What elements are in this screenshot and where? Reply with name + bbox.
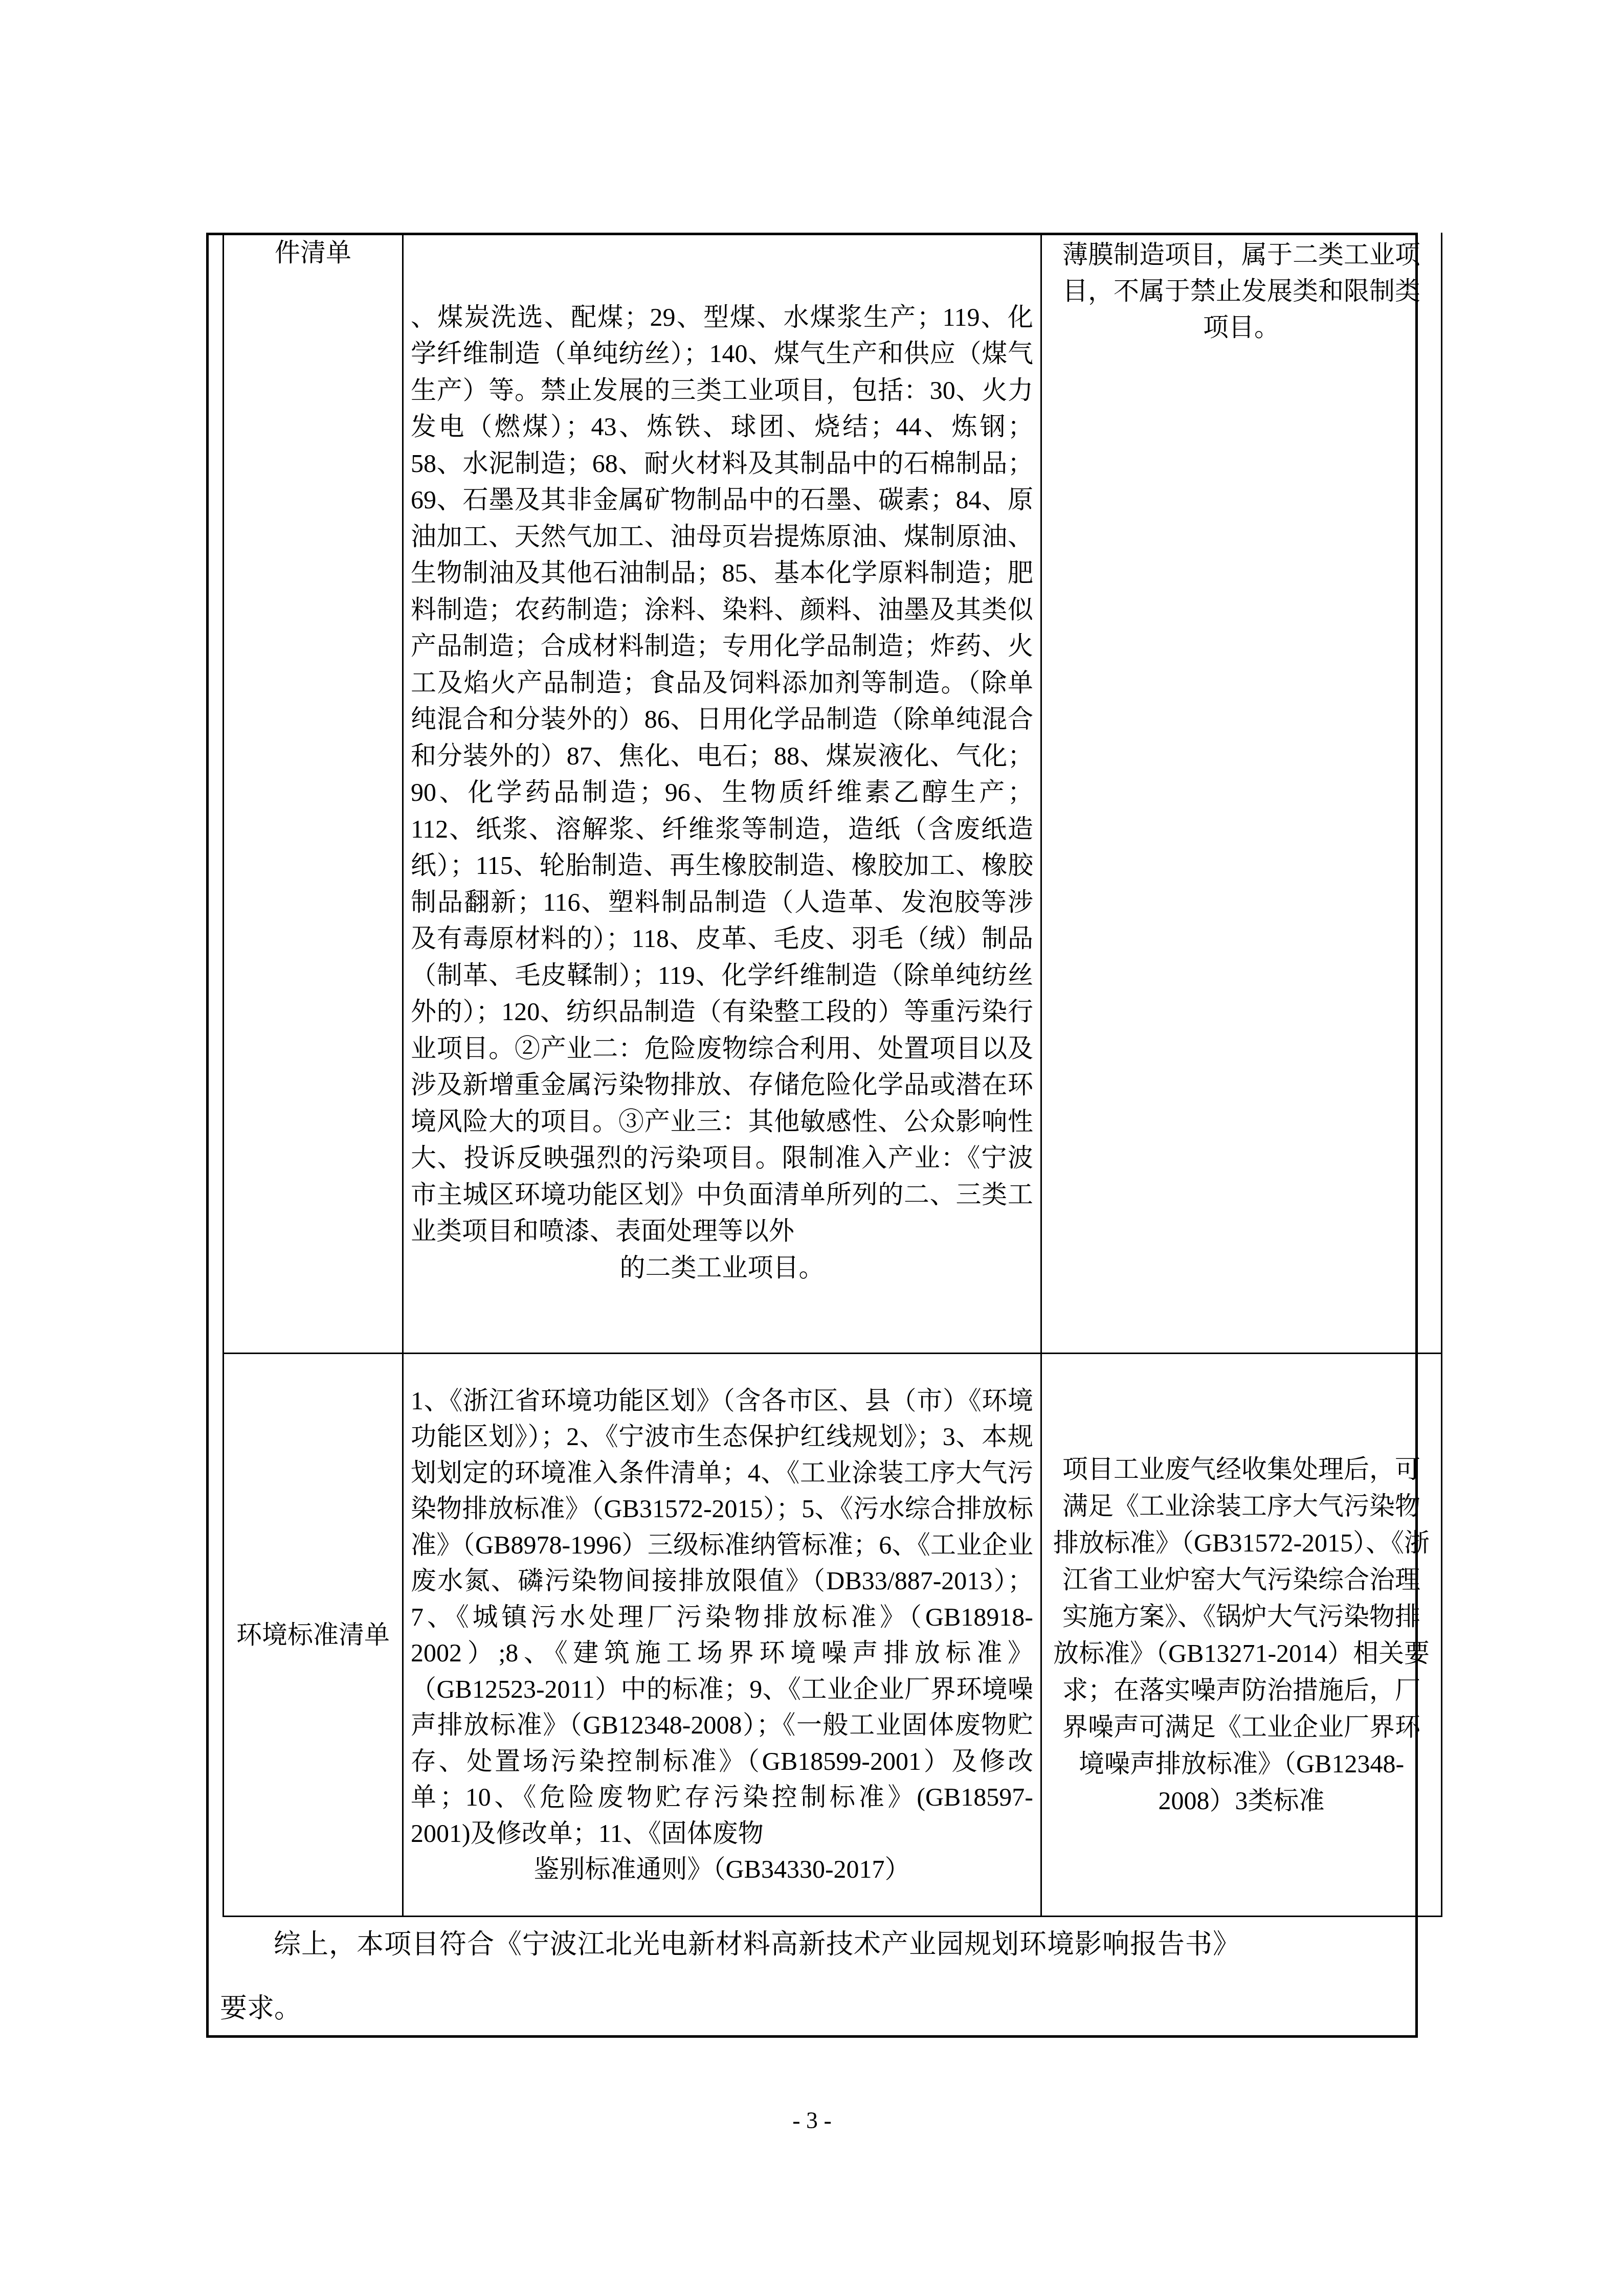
row-label: 环境标准清单 [224, 1354, 403, 1917]
row-assessment: 项目工业废气经收集处理后，可满足《工业涂装工序大气污染物排放标准》（GB3157… [1041, 1354, 1442, 1917]
row-content-text: 、煤炭洗选、配煤；29、型煤、水煤浆生产；119、化学纤维制造（单纯纺丝）；14… [411, 303, 1033, 1246]
table-row: 件清单 、煤炭洗选、配煤；29、型煤、水煤浆生产；119、化学纤维制造（单纯纺丝… [224, 233, 1442, 1354]
row-content: 1、《浙江省环境功能区划》（含各市区、县（市）《环境功能区划》）；2、《宁波市生… [403, 1354, 1041, 1917]
table-row: 环境标准清单 1、《浙江省环境功能区划》（含各市区、县（市）《环境功能区划》）；… [224, 1354, 1442, 1917]
row-content-last-line: 鉴别标准通则》（GB34330-2017） [411, 1851, 1033, 1887]
summary-line-2: 要求。 [220, 1987, 301, 2025]
row-content: 、煤炭洗选、配煤；29、型煤、水煤浆生产；119、化学纤维制造（单纯纺丝）；14… [403, 233, 1041, 1354]
compliance-table: 件清单 、煤炭洗选、配煤；29、型煤、水煤浆生产；119、化学纤维制造（单纯纺丝… [223, 233, 1442, 1917]
row-content-last-line: 的二类工业项目。 [411, 1250, 1033, 1287]
row-label: 件清单 [224, 233, 403, 1354]
row-assessment: 薄膜制造项目，属于二类工业项目，不属于禁止发展类和限制类项目。 [1041, 233, 1442, 1354]
page-number: - 3 - [0, 2107, 1624, 2134]
row-content-text: 1、《浙江省环境功能区划》（含各市区、县（市）《环境功能区划》）；2、《宁波市生… [411, 1386, 1033, 1848]
summary-line-1: 综上，本项目符合《宁波江北光电新材料高新技术产业园规划环境影响报告书》 [274, 1923, 1240, 1962]
